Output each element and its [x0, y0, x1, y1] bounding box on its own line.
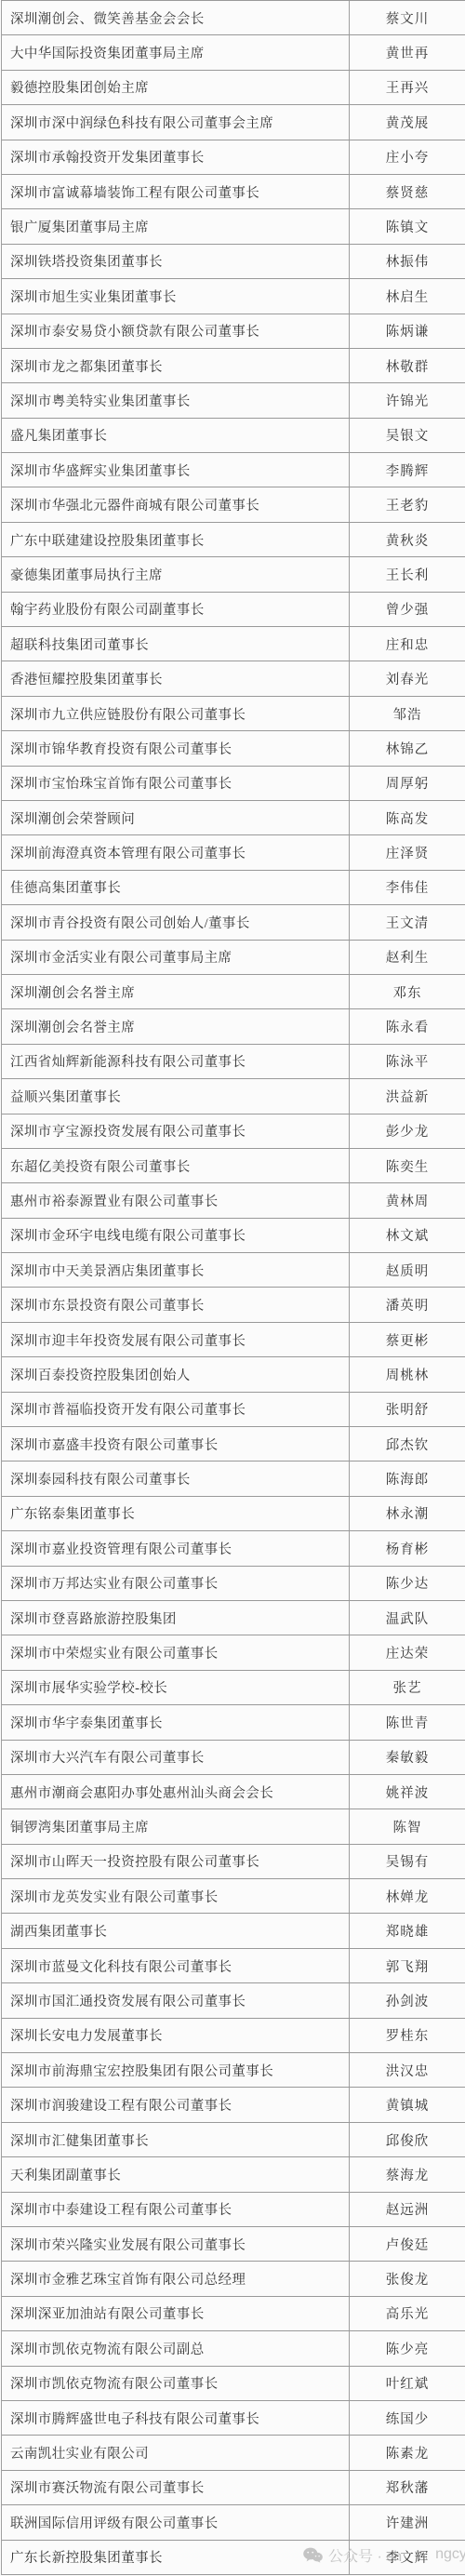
table-row: 大中华国际投资集团董事局主席黄世再 [2, 35, 465, 70]
name-cell: 卢俊廷 [350, 2227, 465, 2261]
table-row: 深圳市金活实业有限公司董事局主席赵利生 [2, 941, 465, 975]
org-title-cell: 深圳深亚加油站有限公司董事长 [2, 2297, 350, 2330]
name-cell: 黄林周 [350, 1183, 465, 1217]
table-row: 深圳市赛沃物流有限公司董事长郑秋藩 [2, 2471, 465, 2505]
table-row: 广东中联建建设控股集团董事长黄秋炎 [2, 523, 465, 557]
table-row: 深圳市荣兴隆实业发展有限公司董事长卢俊廷 [2, 2227, 465, 2262]
name-cell: 林永潮 [350, 1497, 465, 1530]
name-cell: 温武队 [350, 1601, 465, 1635]
org-title-cell: 深圳市嘉业投资管理有限公司董事长 [2, 1531, 350, 1565]
table-row: 深圳市锦华教育投资有限公司董事长林锦乙 [2, 731, 465, 766]
name-cell: 彭少龙 [350, 1114, 465, 1148]
org-title-cell: 深圳市金活实业有限公司董事局主席 [2, 941, 350, 974]
table-row: 湖西集团董事长郑晓雄 [2, 1914, 465, 1948]
name-cell: 张明舒 [350, 1393, 465, 1426]
table-row: 惠州市裕泰源置业有限公司董事长黄林周 [2, 1183, 465, 1218]
name-cell: 林振伟 [350, 245, 465, 278]
org-title-cell: 深圳市凯依克物流有限公司董事长 [2, 2367, 350, 2400]
table-row: 深圳长安电力发展董事长罗桂东 [2, 2019, 465, 2053]
name-cell: 黄秋炎 [350, 523, 465, 556]
table-row: 天利集团副董事长蔡海龙 [2, 2157, 465, 2192]
table-row: 佳德高集团董事长李伟佳 [2, 871, 465, 905]
org-title-cell: 深圳市深中润绿色科技有限公司董事会主席 [2, 105, 350, 139]
name-cell: 刘春光 [350, 661, 465, 695]
table-row: 东超亿美投资有限公司董事长陈奕生 [2, 1149, 465, 1183]
org-title-cell: 深圳市金环宇电线电缆有限公司董事长 [2, 1219, 350, 1252]
org-title-cell: 深圳市前海鼎宝宏控股集团有限公司董事长 [2, 2053, 350, 2087]
table-row: 深圳市华盛辉实业集团董事长李腾辉 [2, 453, 465, 487]
org-title-cell: 深圳市金雅艺珠宝首饰有限公司总经理 [2, 2262, 350, 2295]
name-cell: 秦敏毅 [350, 1741, 465, 1774]
name-cell: 王长利 [350, 557, 465, 591]
table-row: 深圳市国汇通投资发展有限公司董事长孙剑波 [2, 1983, 465, 2018]
member-table: 深圳潮创会、微笑善基金会会长蔡文川大中华国际投资集团董事局主席黄世再毅德控股集团… [1, 0, 465, 2575]
table-row: 深圳市龙之都集团董事长林敬群 [2, 349, 465, 383]
org-title-cell: 深圳市东景投资有限公司董事长 [2, 1288, 350, 1321]
name-cell: 赵质明 [350, 1253, 465, 1287]
org-title-cell: 深圳市凯依克物流有限公司副总 [2, 2331, 350, 2365]
table-row: 深圳潮创会名誉主席邓东 [2, 975, 465, 1009]
name-cell: 李文辉 [350, 2541, 465, 2574]
table-row: 惠州市潮商会惠阳办事处惠州汕头商会会长姚祥波 [2, 1775, 465, 1809]
name-cell: 潘英明 [350, 1288, 465, 1321]
org-title-cell: 广东铭泰集团董事长 [2, 1497, 350, 1530]
org-title-cell: 深圳市腾辉盛世电子科技有限公司董事长 [2, 2401, 350, 2435]
org-title-cell: 银广厦集团董事局主席 [2, 209, 350, 243]
table-row: 深圳市大兴汽车有限公司董事长秦敏毅 [2, 1741, 465, 1775]
org-title-cell: 云南凯壮实业有限公司 [2, 2436, 350, 2469]
org-title-cell: 盛凡集团董事长 [2, 419, 350, 452]
org-title-cell: 深圳市万邦达实业有限公司董事长 [2, 1567, 350, 1600]
org-title-cell: 联洲国际信用评级有限公司董事长 [2, 2505, 350, 2539]
org-title-cell: 铜锣湾集团董事局主席 [2, 1809, 350, 1843]
table-row: 深圳市华强北元器件商城有限公司董事长王老豹 [2, 487, 465, 522]
table-row: 香港恒耀控股集团董事长刘春光 [2, 661, 465, 696]
table-row: 深圳市润骏建设工程有限公司董事长黄镇城 [2, 2088, 465, 2122]
table-row: 深圳市九立供应链股份有限公司董事长邹浩 [2, 697, 465, 731]
name-cell: 陈奕生 [350, 1149, 465, 1182]
name-cell: 洪益新 [350, 1079, 465, 1113]
table-row: 深圳潮创会荣誉顾问陈高发 [2, 801, 465, 835]
org-title-cell: 深圳市迎丰年投资发展有限公司董事长 [2, 1323, 350, 1356]
org-title-cell: 天利集团副董事长 [2, 2157, 350, 2191]
org-title-cell: 深圳市龙英发实业有限公司董事长 [2, 1879, 350, 1913]
org-title-cell: 深圳市中荣煜实业有限公司董事长 [2, 1635, 350, 1669]
wechat-icon [303, 2547, 323, 2563]
table-row: 深圳市亨宝源投资发展有限公司董事长彭少龙 [2, 1114, 465, 1149]
name-cell: 庄达荣 [350, 1635, 465, 1669]
table-row: 超联科技集团司董事长庄和忠 [2, 627, 465, 661]
org-title-cell: 益顺兴集团董事长 [2, 1079, 350, 1113]
table-row: 翰宇药业股份有限公司副董事长曾少强 [2, 593, 465, 627]
table-row: 深圳市嘉盛丰投资有限公司董事长邱杰钦 [2, 1427, 465, 1462]
org-title-cell: 深圳市润骏建设工程有限公司董事长 [2, 2088, 350, 2121]
name-cell: 陈少亮 [350, 2331, 465, 2365]
name-cell: 陈素龙 [350, 2436, 465, 2469]
name-cell: 林婵龙 [350, 1879, 465, 1913]
name-cell: 陈海郎 [350, 1462, 465, 1495]
org-title-cell: 深圳市旭生实业集团董事长 [2, 279, 350, 313]
name-cell: 练国少 [350, 2401, 465, 2435]
table-row: 银广厦集团董事局主席陈镇文 [2, 209, 465, 244]
name-cell: 王再兴 [350, 71, 465, 104]
table-row: 豪德集团董事局执行主席王长利 [2, 557, 465, 592]
name-cell: 林锦乙 [350, 731, 465, 765]
org-title-cell: 深圳长安电力发展董事长 [2, 2019, 350, 2052]
name-cell: 陈永看 [350, 1009, 465, 1043]
name-cell: 蔡贤慈 [350, 175, 465, 208]
org-title-cell: 惠州市裕泰源置业有限公司董事长 [2, 1183, 350, 1217]
name-cell: 陈高发 [350, 801, 465, 834]
org-title-cell: 深圳泰园科技有限公司董事长 [2, 1462, 350, 1495]
table-row: 深圳市蓝曼文化科技有限公司董事长郭飞翔 [2, 1949, 465, 1983]
org-title-cell: 深圳市汇健集团董事长 [2, 2123, 350, 2156]
name-cell: 陈镇文 [350, 209, 465, 243]
org-title-cell: 深圳潮创会名誉主席 [2, 1009, 350, 1043]
name-cell: 吴锡有 [350, 1845, 465, 1878]
org-title-cell: 大中华国际投资集团董事局主席 [2, 35, 350, 69]
name-cell: 曾少强 [350, 593, 465, 626]
name-cell: 庄泽贤 [350, 835, 465, 869]
name-cell: 赵远洲 [350, 2193, 465, 2226]
org-title-cell: 深圳潮创会、微笑善基金会会长 [2, 1, 350, 34]
table-row: 深圳潮创会名誉主席陈永看 [2, 1009, 465, 1044]
org-title-cell: 广东中联建建设控股集团董事长 [2, 523, 350, 556]
name-cell: 洪汉忠 [350, 2053, 465, 2087]
name-cell: 赵利生 [350, 941, 465, 974]
table-row: 盛凡集团董事长吴银文 [2, 419, 465, 453]
org-title-cell: 深圳百泰投资控股集团创始人 [2, 1357, 350, 1391]
table-row: 深圳市嘉业投资管理有限公司董事长杨育彬 [2, 1531, 465, 1566]
org-title-cell: 深圳市华强北元器件商城有限公司董事长 [2, 487, 350, 521]
table-row: 深圳市龙英发实业有限公司董事长林婵龙 [2, 1879, 465, 1914]
table-row: 深圳百泰投资控股集团创始人周桃林 [2, 1357, 465, 1392]
name-cell: 吴银文 [350, 419, 465, 452]
table-row: 深圳市金雅艺珠宝首饰有限公司总经理张俊龙 [2, 2262, 465, 2296]
table-row: 云南凯壮实业有限公司陈素龙 [2, 2436, 465, 2470]
org-title-cell: 东超亿美投资有限公司董事长 [2, 1149, 350, 1182]
table-row: 深圳市东景投资有限公司董事长潘英明 [2, 1288, 465, 1322]
name-cell: 蔡更彬 [350, 1323, 465, 1356]
org-title-cell: 深圳市山晖天一投资控股有限公司董事长 [2, 1845, 350, 1878]
name-cell: 蔡文川 [350, 1, 465, 34]
name-cell: 林敬群 [350, 349, 465, 382]
org-title-cell: 深圳市青谷投资有限公司创始人/董事长 [2, 905, 350, 939]
org-title-cell: 深圳市华宇泰集团董事长 [2, 1705, 350, 1739]
table-row: 深圳市汇健集团董事长邱俊欣 [2, 2123, 465, 2157]
org-title-cell: 深圳市粤美特实业集团董事长 [2, 383, 350, 417]
name-cell: 林文斌 [350, 1219, 465, 1252]
org-title-cell: 翰宇药业股份有限公司副董事长 [2, 593, 350, 626]
org-title-cell: 惠州市潮商会惠阳办事处惠州汕头商会会长 [2, 1775, 350, 1809]
name-cell: 邓东 [350, 975, 465, 1008]
table-row: 深圳市迎丰年投资发展有限公司董事长蔡更彬 [2, 1323, 465, 1357]
org-title-cell: 深圳市赛沃物流有限公司董事长 [2, 2471, 350, 2504]
name-cell: 郭飞翔 [350, 1949, 465, 1982]
org-title-cell: 江西省灿辉新能源科技有限公司董事长 [2, 1045, 350, 1078]
table-row: 深圳市宝怡珠宝首饰有限公司董事长周厚躬 [2, 767, 465, 801]
name-cell: 李腾辉 [350, 453, 465, 487]
name-cell: 张俊龙 [350, 2262, 465, 2295]
table-row: 联洲国际信用评级有限公司董事长许建洲 [2, 2505, 465, 2540]
table-row: 深圳市凯依克物流有限公司董事长叶红斌 [2, 2367, 465, 2401]
org-title-cell: 深圳市九立供应链股份有限公司董事长 [2, 697, 350, 730]
name-cell: 黄世再 [350, 35, 465, 69]
table-row: 江西省灿辉新能源科技有限公司董事长陈泳平 [2, 1045, 465, 1079]
org-title-cell: 深圳市普福临投资开发有限公司董事长 [2, 1393, 350, 1426]
table-row: 深圳市青谷投资有限公司创始人/董事长王文清 [2, 905, 465, 940]
table-row: 毅德控股集团创始主席王再兴 [2, 71, 465, 105]
member-list-page: 深圳潮创会、微笑善基金会会长蔡文川大中华国际投资集团董事局主席黄世再毅德控股集团… [0, 0, 465, 2576]
name-cell: 许建洲 [350, 2505, 465, 2539]
table-row: 深圳市腾辉盛世电子科技有限公司董事长练国少 [2, 2401, 465, 2436]
name-cell: 郑晓雄 [350, 1914, 465, 1947]
org-title-cell: 深圳市嘉盛丰投资有限公司董事长 [2, 1427, 350, 1461]
table-row: 深圳市泰安易贷小额贷款有限公司董事长陈炳谦 [2, 314, 465, 349]
table-row: 深圳前海澄真资本管理有限公司董事长庄泽贤 [2, 835, 465, 870]
name-cell: 杨育彬 [350, 1531, 465, 1565]
name-cell: 高乐光 [350, 2297, 465, 2330]
name-cell: 张艺 [350, 1671, 465, 1704]
table-row: 广东长新控股集团董事长李文辉 [2, 2541, 465, 2575]
name-cell: 罗桂东 [350, 2019, 465, 2052]
name-cell: 黄茂展 [350, 105, 465, 139]
name-cell: 邱俊欣 [350, 2123, 465, 2156]
table-row: 深圳市富诚幕墙装饰工程有限公司董事长蔡贤慈 [2, 175, 465, 209]
name-cell: 王文清 [350, 905, 465, 939]
table-row: 深圳市前海鼎宝宏控股集团有限公司董事长洪汉忠 [2, 2053, 465, 2088]
org-title-cell: 深圳市承翰投资开发集团董事长 [2, 140, 350, 174]
table-row: 深圳深亚加油站有限公司董事长高乐光 [2, 2297, 465, 2331]
org-title-cell: 深圳市蓝曼文化科技有限公司董事长 [2, 1949, 350, 1982]
org-title-cell: 深圳市国汇通投资发展有限公司董事长 [2, 1983, 350, 2017]
name-cell: 陈智 [350, 1809, 465, 1843]
name-cell: 李伟佳 [350, 871, 465, 904]
org-title-cell: 深圳铁塔投资集团董事长 [2, 245, 350, 278]
name-cell: 庄小夸 [350, 140, 465, 174]
org-title-cell: 深圳潮创会荣誉顾问 [2, 801, 350, 834]
org-title-cell: 深圳市登喜路旅游控股集团 [2, 1601, 350, 1635]
name-cell: 郑秋藩 [350, 2471, 465, 2504]
table-row: 深圳市粤美特实业集团董事长许锦光 [2, 383, 465, 418]
table-row: 深圳市中天美景酒店集团董事长赵质明 [2, 1253, 465, 1288]
table-row: 广东铭泰集团董事长林永潮 [2, 1497, 465, 1531]
name-cell: 周桃林 [350, 1357, 465, 1391]
table-row: 深圳铁塔投资集团董事长林振伟 [2, 245, 465, 279]
name-cell: 许锦光 [350, 383, 465, 417]
table-row: 深圳市金环宇电线电缆有限公司董事长林文斌 [2, 1219, 465, 1253]
org-title-cell: 毅德控股集团创始主席 [2, 71, 350, 104]
org-title-cell: 深圳市亨宝源投资发展有限公司董事长 [2, 1114, 350, 1148]
name-cell: 陈世青 [350, 1705, 465, 1739]
table-row: 深圳市华宇泰集团董事长陈世青 [2, 1705, 465, 1740]
org-title-cell: 深圳市中天美景酒店集团董事长 [2, 1253, 350, 1287]
org-title-cell: 深圳市荣兴隆实业发展有限公司董事长 [2, 2227, 350, 2261]
table-row: 深圳市万邦达实业有限公司董事长陈少达 [2, 1567, 465, 1601]
name-cell: 蔡海龙 [350, 2157, 465, 2191]
org-title-cell: 深圳市锦华教育投资有限公司董事长 [2, 731, 350, 765]
org-title-cell: 深圳前海澄真资本管理有限公司董事长 [2, 835, 350, 869]
table-row: 益顺兴集团董事长洪益新 [2, 1079, 465, 1114]
name-cell: 邹浩 [350, 697, 465, 730]
name-cell: 林启生 [350, 279, 465, 313]
table-row: 深圳市承翰投资开发集团董事长庄小夸 [2, 140, 465, 175]
table-row: 深圳市中泰建设工程有限公司董事长赵远洲 [2, 2193, 465, 2227]
org-title-cell: 深圳市龙之都集团董事长 [2, 349, 350, 382]
name-cell: 庄和忠 [350, 627, 465, 661]
name-cell: 邱杰钦 [350, 1427, 465, 1461]
table-row: 深圳市中荣煜实业有限公司董事长庄达荣 [2, 1635, 465, 1670]
org-title-cell: 深圳市华盛辉实业集团董事长 [2, 453, 350, 487]
org-title-cell: 香港恒耀控股集团董事长 [2, 661, 350, 695]
org-title-cell: 深圳市大兴汽车有限公司董事长 [2, 1741, 350, 1774]
name-cell: 叶红斌 [350, 2367, 465, 2400]
table-row: 铜锣湾集团董事局主席陈智 [2, 1809, 465, 1844]
name-cell: 王老豹 [350, 487, 465, 521]
org-title-cell: 深圳市富诚幕墙装饰工程有限公司董事长 [2, 175, 350, 208]
org-title-cell: 超联科技集团司董事长 [2, 627, 350, 661]
org-title-cell: 广东长新控股集团董事长 [2, 2541, 350, 2574]
org-title-cell: 深圳市宝怡珠宝首饰有限公司董事长 [2, 767, 350, 800]
name-cell: 陈泳平 [350, 1045, 465, 1078]
org-title-cell: 深圳潮创会名誉主席 [2, 975, 350, 1008]
name-cell: 周厚躬 [350, 767, 465, 800]
table-row: 深圳市山晖天一投资控股有限公司董事长吴锡有 [2, 1845, 465, 1879]
table-row: 深圳市旭生实业集团董事长林启生 [2, 279, 465, 314]
name-cell: 姚祥波 [350, 1775, 465, 1809]
table-row: 深圳市凯依克物流有限公司副总陈少亮 [2, 2331, 465, 2366]
table-row: 深圳市登喜路旅游控股集团温武队 [2, 1601, 465, 1635]
org-title-cell: 豪德集团董事局执行主席 [2, 557, 350, 591]
org-title-cell: 深圳市展华实验学校-校长 [2, 1671, 350, 1704]
table-row: 深圳市普福临投资开发有限公司董事长张明舒 [2, 1393, 465, 1427]
table-row: 深圳潮创会、微笑善基金会会长蔡文川 [2, 1, 465, 35]
org-title-cell: 深圳市泰安易贷小额贷款有限公司董事长 [2, 314, 350, 348]
org-title-cell: 佳德高集团董事长 [2, 871, 350, 904]
table-row: 深圳市深中润绿色科技有限公司董事会主席黄茂展 [2, 105, 465, 140]
org-title-cell: 湖西集团董事长 [2, 1914, 350, 1947]
org-title-cell: 深圳市中泰建设工程有限公司董事长 [2, 2193, 350, 2226]
table-row: 深圳泰园科技有限公司董事长陈海郎 [2, 1462, 465, 1496]
name-cell: 孙剑波 [350, 1983, 465, 2017]
name-cell: 黄镇城 [350, 2088, 465, 2121]
name-cell: 陈炳谦 [350, 314, 465, 348]
table-row: 深圳市展华实验学校-校长张艺 [2, 1671, 465, 1705]
name-cell: 陈少达 [350, 1567, 465, 1600]
